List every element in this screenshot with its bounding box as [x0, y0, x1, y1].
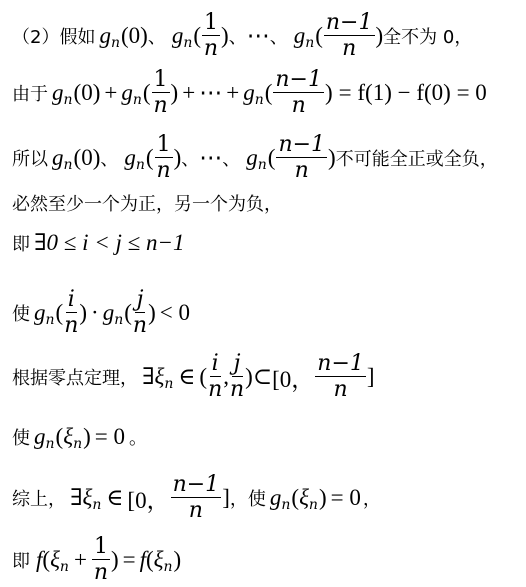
math-sub-n: n [111, 35, 120, 51]
plus: + [182, 80, 195, 106]
denominator: n [208, 377, 222, 403]
separator: 、 [229, 23, 247, 49]
math-sub-n: n [64, 157, 73, 173]
math-g: g [270, 485, 282, 511]
math-g: g [124, 145, 136, 171]
fraction-i-over-n: in [208, 352, 222, 403]
paren: ( [315, 23, 323, 49]
fraction-j-over-n: jn [133, 288, 147, 339]
math-g: g [246, 145, 258, 171]
numerator: j [232, 352, 243, 377]
numerator: i [210, 352, 221, 377]
bracket: ] [367, 364, 375, 390]
separator: 、 [100, 145, 118, 171]
math-sub-n: n [60, 559, 69, 575]
exists: ∃ [142, 364, 154, 390]
fraction-n-1-over-n: n−1n [276, 133, 327, 184]
text: 即 [12, 230, 30, 256]
paren: ) [245, 364, 253, 390]
math-sub-n: n [46, 436, 55, 452]
equation-rhs: = 0 [331, 485, 361, 511]
text: （2）假如 [12, 23, 95, 49]
separator: 、 [222, 145, 240, 171]
ellipsis: ⋯ [199, 80, 222, 106]
math-sub-n: n [258, 157, 267, 173]
math-sub-n: n [114, 312, 123, 328]
math-xi: ξ [299, 485, 309, 511]
equals: = [123, 547, 136, 573]
text: 即 [12, 547, 30, 573]
paren: ( [143, 80, 151, 106]
math-sub-n: n [183, 35, 192, 51]
math-g: g [99, 23, 111, 49]
ellipsis: ⋯ [199, 145, 222, 171]
math-xi: ξ [82, 485, 92, 511]
paren: ) [174, 145, 182, 171]
math-g: g [34, 300, 46, 326]
numerator: n−1 [324, 11, 375, 36]
line-10: 即 f(ξn +1n) = f(ξn) [12, 530, 181, 587]
bracket: ] [222, 485, 230, 511]
paren: ( [193, 23, 201, 49]
paren: ) [319, 485, 327, 511]
paren: ( [268, 145, 276, 171]
math-sub-n: n [164, 559, 173, 575]
separator: 、 [181, 145, 199, 171]
fraction-n-1-over-n: n−1n [324, 11, 375, 62]
numerator: 1 [202, 11, 220, 36]
denominator: n [189, 498, 203, 524]
math-sub-n: n [136, 157, 145, 173]
paren: ( [146, 145, 154, 171]
math: (0) [74, 145, 101, 171]
paren: ) [174, 547, 182, 573]
math-g: g [34, 424, 46, 450]
line-8: 使 gn(ξn) = 0 。 [12, 407, 147, 467]
math-xi: ξ [154, 547, 164, 573]
paren: ( [124, 300, 132, 326]
math-inequality: ∃0 ≤ i < j ≤ n−1 [34, 230, 185, 256]
math-g: g [103, 300, 115, 326]
math-sub-n: n [46, 312, 55, 328]
separator: 、 [270, 23, 288, 49]
denominator: n [64, 313, 78, 339]
math-sub-n: n [73, 436, 82, 452]
numerator: 1 [152, 68, 170, 93]
math-xi: ξ [154, 364, 164, 390]
line-7: 根据零点定理， ∃ξn ∈ (in,jn) ⊂ [0，n−1n] [12, 347, 375, 407]
math-sub-n: n [133, 92, 142, 108]
ellipsis: ⋯ [247, 23, 270, 49]
paren: ( [265, 80, 273, 106]
line-2: 由于 gn(0) + gn(1n) +⋯+ gn(n−1n) = f(1) − … [12, 63, 487, 123]
numerator: n−1 [276, 133, 327, 158]
line-1: （2）假如 gn(0) 、 gn(1n) 、⋯、 gn(n−1n) 全不为 0， [12, 6, 472, 66]
fraction-i-over-n: in [64, 288, 78, 339]
equation-rhs: = 0 [95, 424, 125, 450]
denominator: n [204, 36, 218, 62]
text: 根据零点定理， [12, 364, 138, 390]
plus: + [226, 80, 239, 106]
paren: ) [325, 80, 333, 106]
equation-rhs: = f(1) − f(0) = 0 [339, 80, 487, 106]
fraction-1-over-n: 1n [92, 535, 110, 586]
paren: ) [111, 547, 119, 573]
denominator: n [295, 158, 309, 184]
denominator: n [334, 377, 348, 403]
math: (0) [121, 23, 148, 49]
math-sub-n: n [64, 92, 73, 108]
paren: ( [56, 424, 64, 450]
paren: ( [42, 547, 50, 573]
paren: ( [146, 547, 154, 573]
plus: + [104, 80, 117, 106]
text: 。 [129, 424, 147, 450]
text: 不可能全正或全负， [336, 145, 498, 171]
bracket: [0， [272, 361, 314, 394]
paren: ( [56, 300, 64, 326]
equation-rhs: < 0 [160, 300, 190, 326]
text: 全不为 0， [383, 23, 472, 49]
math-g: g [121, 80, 133, 106]
denominator: n [292, 93, 306, 119]
denominator: n [342, 36, 356, 62]
paren: ) [83, 424, 91, 450]
math-sub-n: n [255, 92, 264, 108]
fraction-j-over-n: jn [230, 352, 244, 403]
math-g: g [52, 80, 64, 106]
paren: ) [221, 23, 229, 49]
text: ，使 [230, 485, 266, 511]
denominator: n [230, 377, 244, 403]
line-6: 使 gn(in) · gn(jn) < 0 [12, 283, 190, 343]
element-of: ∈ [106, 485, 123, 511]
math-sub-n: n [281, 497, 290, 513]
math-g: g [52, 145, 64, 171]
math-g: g [243, 80, 255, 106]
paren: ) [148, 300, 156, 326]
cdot: · [91, 300, 99, 326]
denominator: n [94, 560, 108, 586]
math-sub-n: n [309, 497, 318, 513]
math: (0) [74, 80, 101, 106]
paren: ) [171, 80, 179, 106]
numerator: n−1 [315, 352, 366, 377]
bracket: [0， [127, 482, 169, 515]
math-xi: ξ [50, 547, 60, 573]
line-5: 即 ∃0 ≤ i < j ≤ n−1 [12, 213, 185, 273]
text: ， [363, 485, 381, 511]
paren: ) [376, 23, 384, 49]
text: 综上， [12, 485, 66, 511]
element-of: ∈ [178, 364, 195, 390]
math-sub-n: n [164, 376, 173, 392]
denominator: n [133, 313, 147, 339]
comma: , [223, 364, 229, 390]
fraction-1-over-n: 1n [202, 11, 220, 62]
subset: ⊂ [253, 364, 272, 390]
paren: ( [291, 485, 299, 511]
numerator: n−1 [171, 473, 222, 498]
math-g: g [294, 23, 306, 49]
math-sub-n: n [92, 497, 101, 513]
text: 由于 [12, 80, 48, 106]
fraction-1-over-n: 1n [152, 68, 170, 119]
plus: + [74, 547, 87, 573]
fraction-n-1-over-n: n−1n [315, 352, 366, 403]
text: 使 [12, 424, 30, 450]
paren: ) [79, 300, 87, 326]
separator: 、 [148, 23, 166, 49]
text: 使 [12, 300, 30, 326]
paren: ) [328, 145, 336, 171]
numerator: 1 [155, 133, 173, 158]
line-9: 综上， ∃ξn ∈ [0，n−1n] ，使 gn(ξn) = 0 ， [12, 468, 381, 528]
fraction-n-1-over-n: n−1n [171, 473, 222, 524]
math-xi: ξ [63, 424, 73, 450]
math-sub-n: n [305, 35, 314, 51]
text: 所以 [12, 145, 48, 171]
fraction-n-1-over-n: n−1n [273, 68, 324, 119]
denominator: n [153, 93, 167, 119]
numerator: i [66, 288, 77, 313]
math-g: g [172, 23, 184, 49]
numerator: j [135, 288, 146, 313]
numerator: 1 [92, 535, 110, 560]
numerator: n−1 [273, 68, 324, 93]
paren: ( [199, 364, 207, 390]
exists: ∃ [70, 485, 82, 511]
